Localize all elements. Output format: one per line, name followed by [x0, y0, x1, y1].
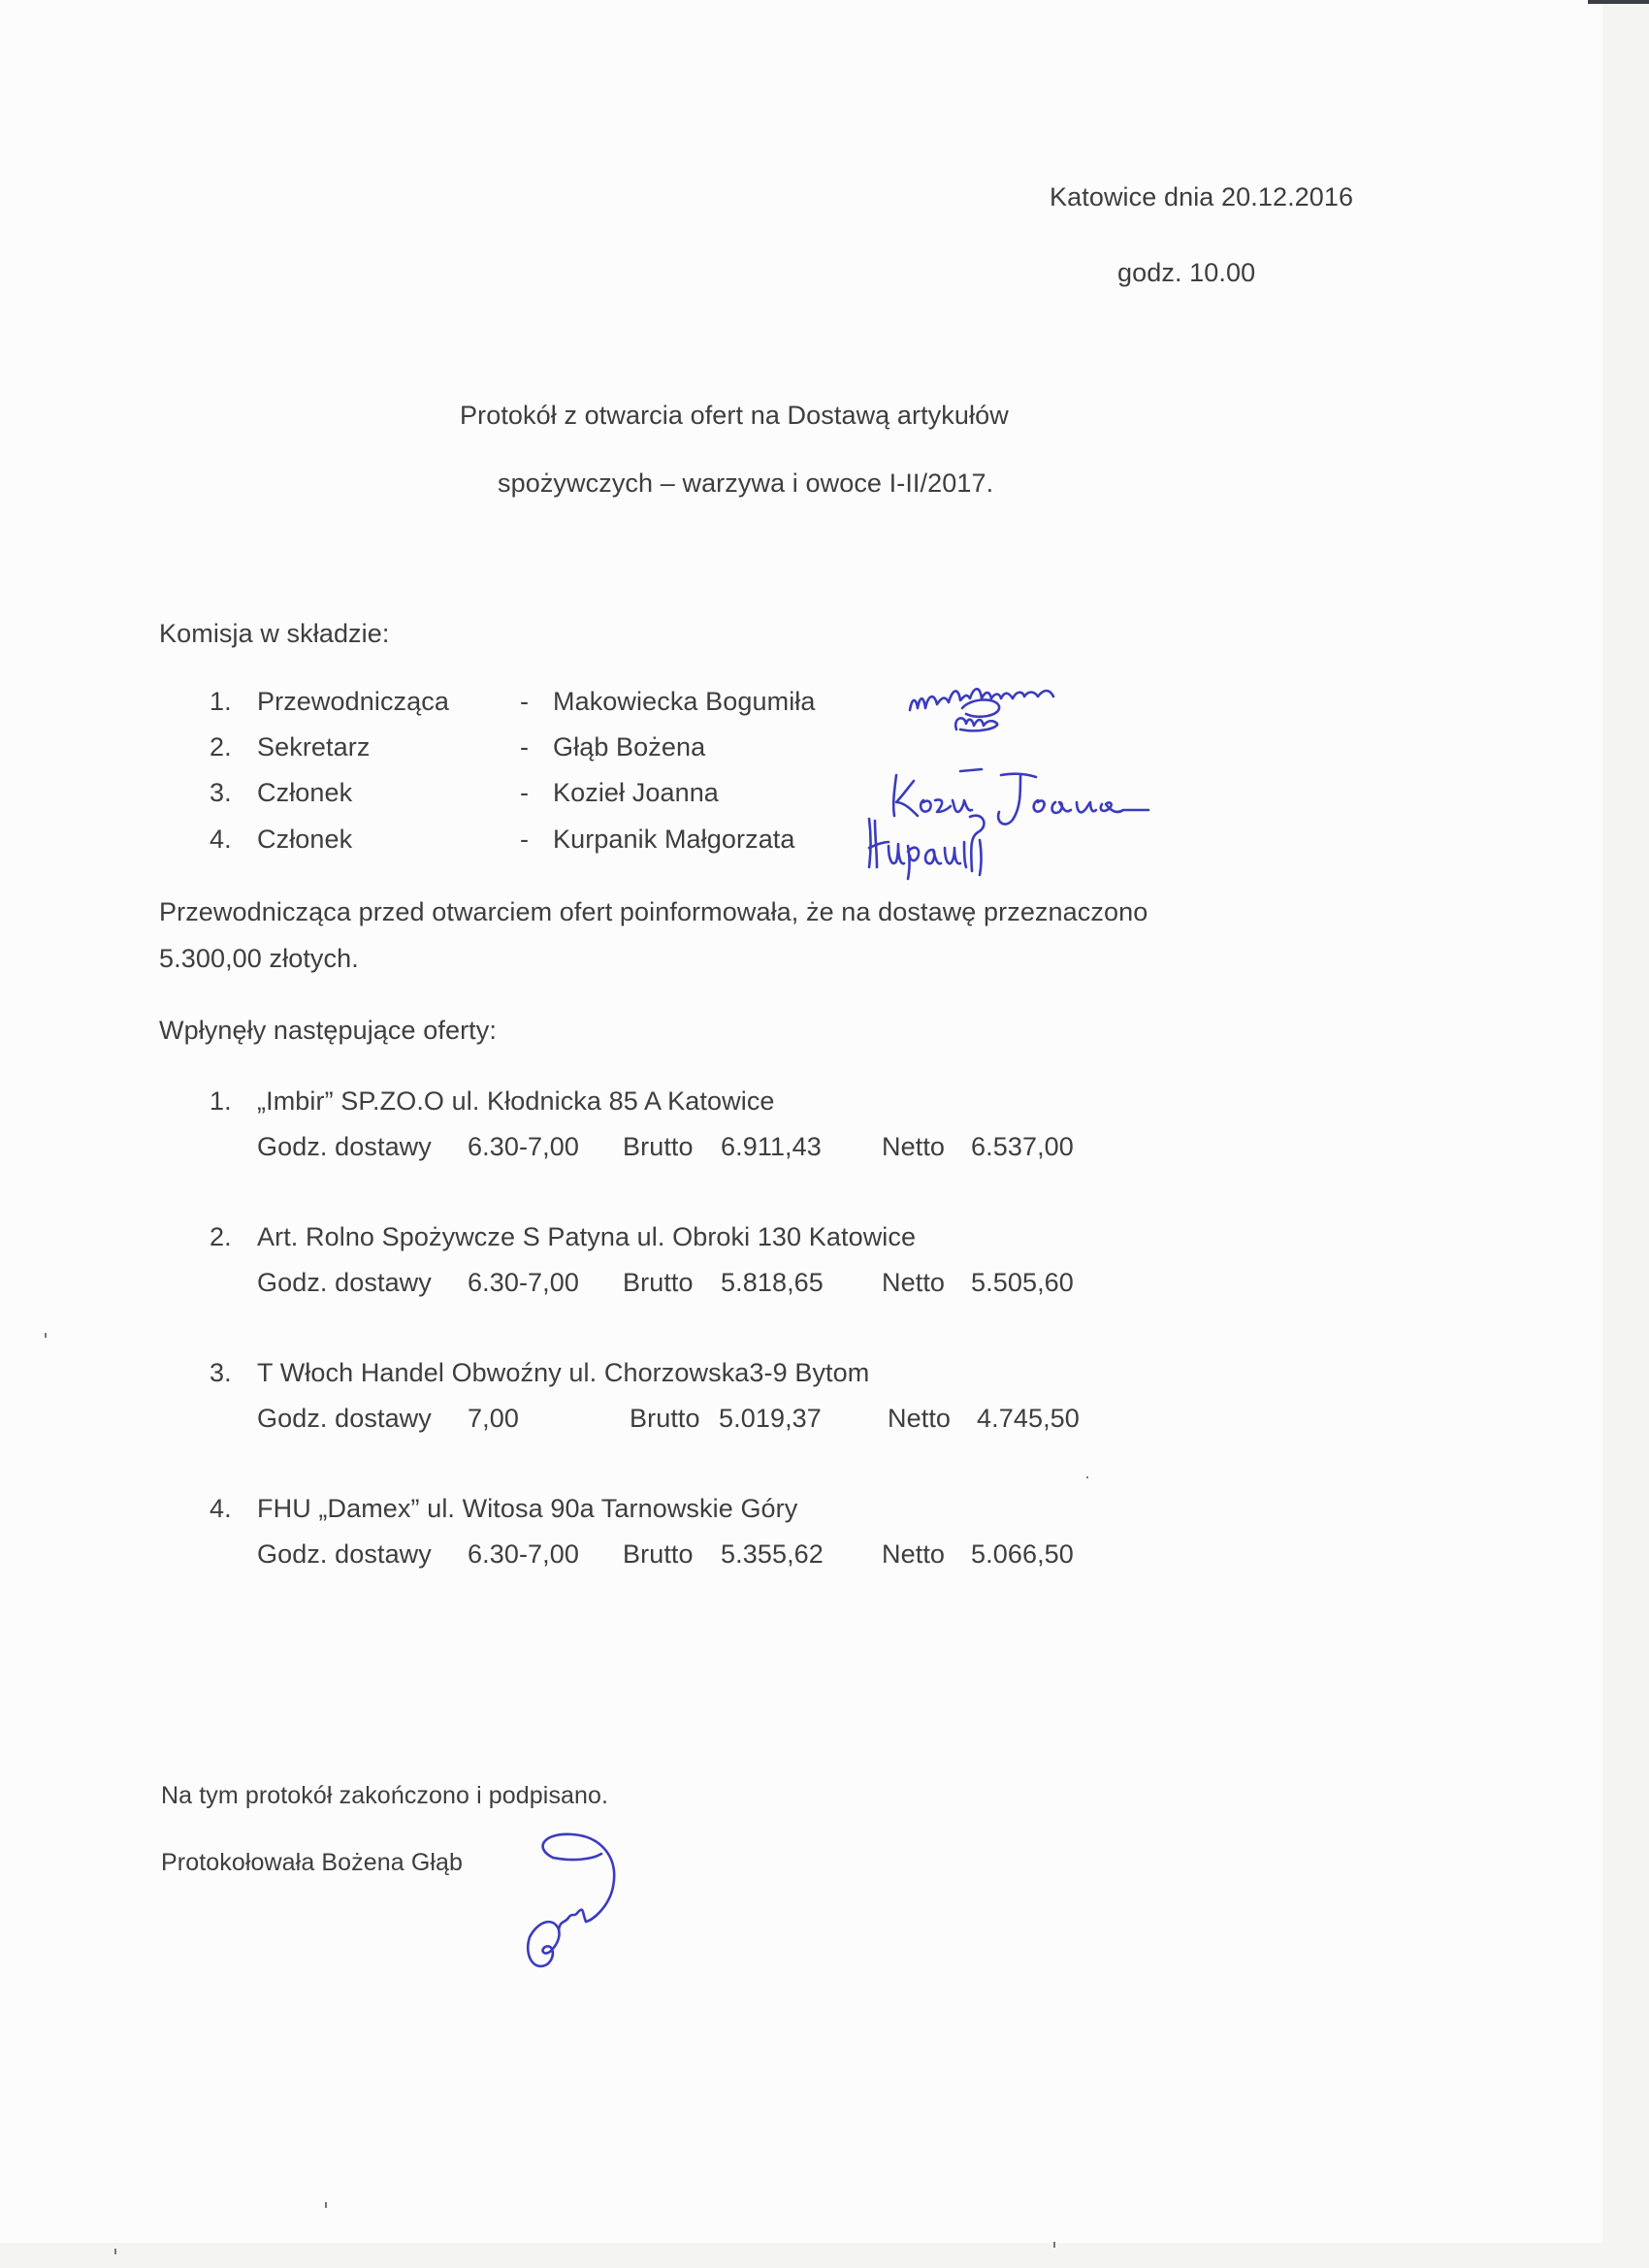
- scan-speck: [45, 1333, 47, 1338]
- brutto-label: Brutto: [623, 1130, 694, 1163]
- offer-company: FHU „Damex” ul. Witosa 90a Tarnowskie Gó…: [257, 1492, 797, 1525]
- delivery-time: 6.30-7,00: [468, 1130, 579, 1163]
- delivery-time: 6.30-7,00: [468, 1538, 579, 1571]
- document-title-line-2: spożywczych – warzywa i owoce I-II/2017.: [498, 467, 993, 500]
- netto-label: Netto: [888, 1402, 951, 1435]
- offer-company: „Imbir” SP.ZO.O ul. Kłodnicka 85 A Katow…: [257, 1085, 775, 1118]
- separator-dash: -: [520, 776, 529, 809]
- brutto-label: Brutto: [630, 1402, 700, 1435]
- delivery-label: Godz. dostawy: [257, 1266, 432, 1299]
- offers-heading: Wpłynęły następujące oferty:: [159, 1014, 497, 1047]
- netto-value: 5.066,50: [971, 1538, 1074, 1571]
- separator-dash: -: [520, 823, 529, 856]
- offer-company: T Włoch Handel Obwoźny ul. Chorzowska3-9…: [257, 1356, 869, 1389]
- list-number: 4.: [210, 1492, 232, 1525]
- netto-label: Netto: [882, 1538, 945, 1571]
- netto-value: 5.505,60: [971, 1266, 1074, 1299]
- separator-dash: -: [520, 730, 529, 763]
- list-number: 3.: [210, 776, 232, 809]
- member-name: Makowiecka Bogumiła: [553, 685, 816, 718]
- list-number: 2.: [210, 730, 232, 763]
- list-number: 4.: [210, 823, 232, 856]
- place-date: Katowice dnia 20.12.2016: [1050, 180, 1353, 213]
- budget-line-1: Przewodnicząca przed otwarciem ofert poi…: [159, 895, 1148, 928]
- closing-line: Na tym protokół zakończono i podpisano.: [161, 1779, 608, 1812]
- netto-value: 4.745,50: [977, 1402, 1080, 1435]
- netto-label: Netto: [882, 1266, 945, 1299]
- brutto-label: Brutto: [623, 1266, 694, 1299]
- signature-makowiecka-glab: [902, 669, 1164, 757]
- list-number: 1.: [210, 685, 232, 718]
- delivery-label: Godz. dostawy: [257, 1538, 432, 1571]
- brutto-value: 5.019,37: [719, 1402, 822, 1435]
- netto-value: 6.537,00: [971, 1130, 1074, 1163]
- signature-kurpanik: [863, 813, 1018, 881]
- brutto-value: 5.355,62: [721, 1538, 824, 1571]
- signature-glab: [504, 1829, 630, 1974]
- document-title-line-1: Protokół z otwarcia ofert na Dostawą art…: [460, 399, 1009, 432]
- member-role: Przewodnicząca: [257, 685, 449, 718]
- offer-company: Art. Rolno Spożywcze S Patyna ul. Obroki…: [257, 1220, 916, 1253]
- delivery-time: 6.30-7,00: [468, 1266, 579, 1299]
- budget-line-2: 5.300,00 złotych.: [159, 942, 359, 975]
- delivery-time: 7,00: [468, 1402, 519, 1435]
- brutto-label: Brutto: [623, 1538, 694, 1571]
- member-name: Kozieł Joanna: [553, 776, 719, 809]
- list-number: 2.: [210, 1220, 232, 1253]
- netto-label: Netto: [882, 1130, 945, 1163]
- brutto-value: 5.818,65: [721, 1266, 824, 1299]
- member-role: Sekretarz: [257, 730, 370, 763]
- scanned-page: Katowice dnia 20.12.2016 godz. 10.00 Pro…: [0, 0, 1602, 2243]
- scan-speck: [1053, 2242, 1055, 2248]
- scan-speck: [114, 2249, 116, 2254]
- separator-dash: -: [520, 685, 529, 718]
- list-number: 3.: [210, 1356, 232, 1389]
- member-role: Członek: [257, 776, 352, 809]
- delivery-label: Godz. dostawy: [257, 1130, 432, 1163]
- scan-edge: [1588, 0, 1649, 4]
- scan-speck: [325, 2202, 327, 2208]
- member-name: Głąb Bożena: [553, 730, 705, 763]
- scan-speck: [1086, 1476, 1088, 1478]
- recorder-line: Protokołowała Bożena Głąb: [161, 1846, 463, 1879]
- member-name: Kurpanik Małgorzata: [553, 823, 795, 856]
- brutto-value: 6.911,43: [721, 1130, 822, 1163]
- list-number: 1.: [210, 1085, 232, 1118]
- committee-heading: Komisja w składzie:: [159, 617, 389, 650]
- delivery-label: Godz. dostawy: [257, 1402, 432, 1435]
- member-role: Członek: [257, 823, 352, 856]
- meeting-time: godz. 10.00: [1117, 256, 1255, 289]
